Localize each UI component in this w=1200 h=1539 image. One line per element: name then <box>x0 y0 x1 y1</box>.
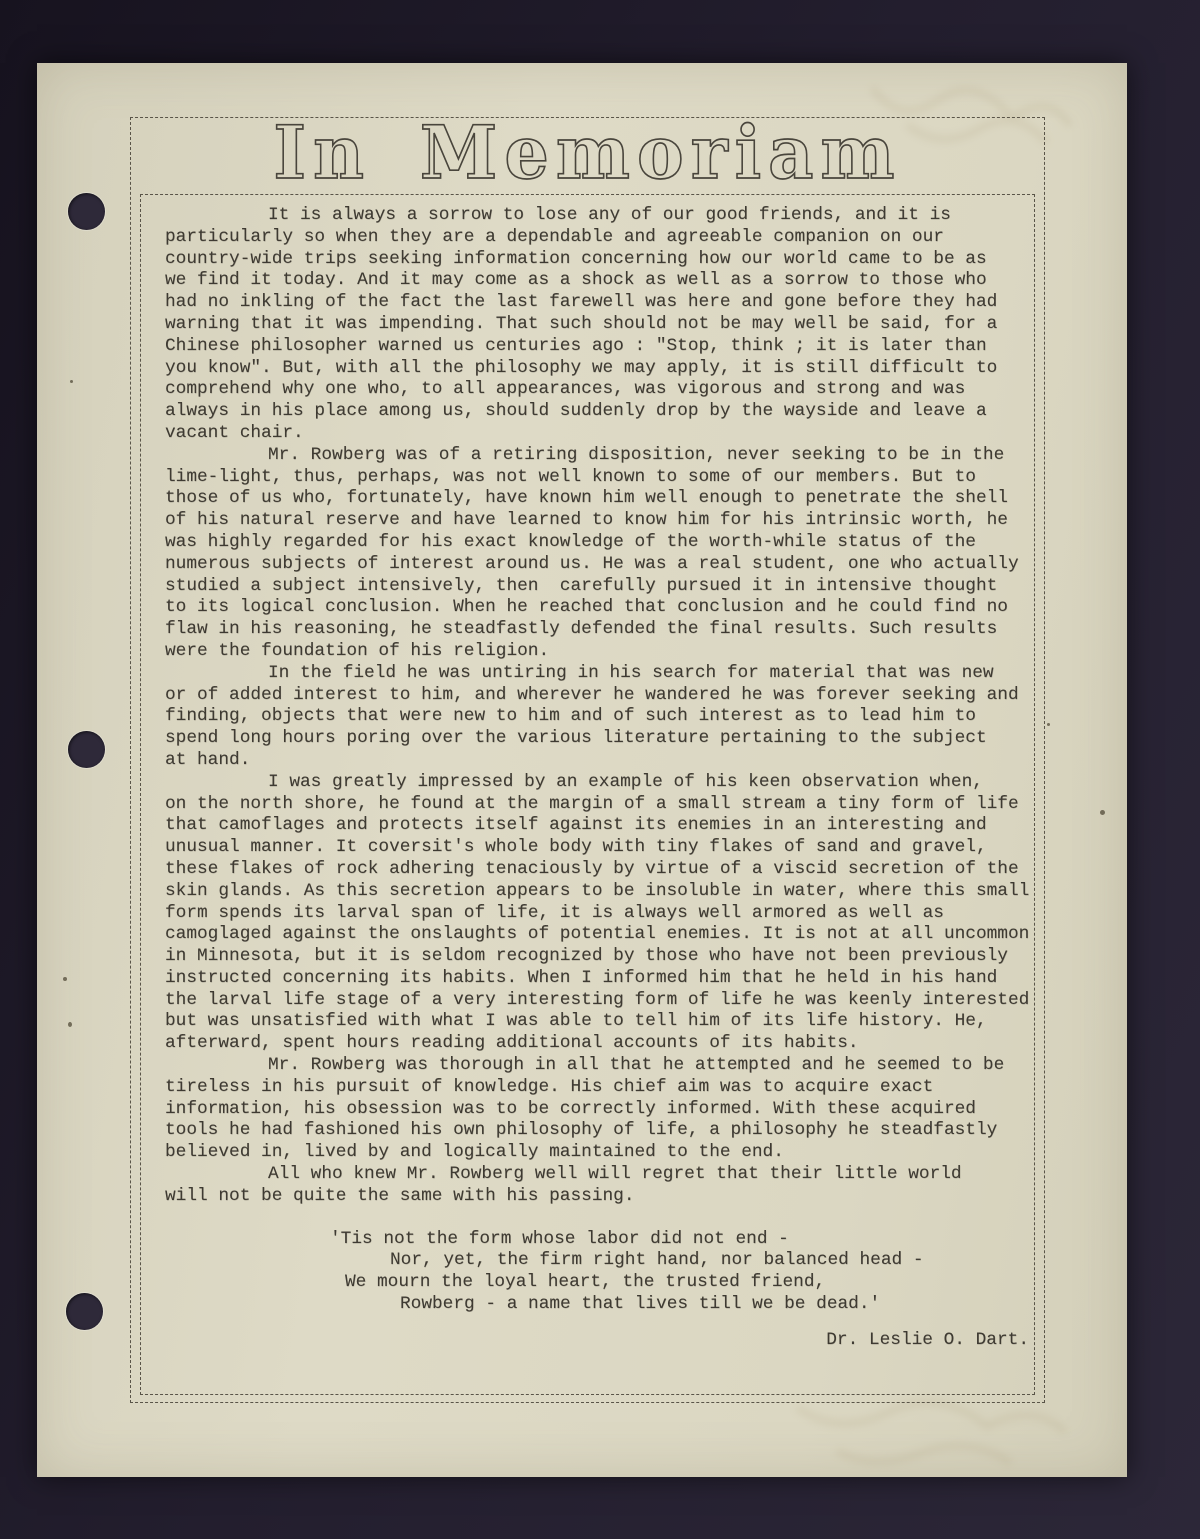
text-line: All who knew Mr. Rowberg well will regre… <box>165 1164 1034 1186</box>
paragraph: It is always a sorrow to lose any of our… <box>165 205 1034 445</box>
text-line: flaw in his reasoning, he steadfastly de… <box>165 619 1034 641</box>
text-line: lime-light, thus, perhaps, was not well … <box>165 467 1034 489</box>
text-line: warning that it was impending. That such… <box>165 314 1034 336</box>
text-line: numerous subjects of interest around us.… <box>165 554 1034 576</box>
ink-speck <box>63 977 67 981</box>
punch-hole-bottom <box>66 1293 103 1330</box>
text-line: unusual manner. It coversit's whole body… <box>165 837 1034 859</box>
text-frame: It is always a sorrow to lose any of our… <box>140 194 1035 1395</box>
poem-line: 'Tis not the form whose labor did not en… <box>165 1229 1034 1251</box>
ink-speck <box>68 1022 72 1027</box>
poem-line: Nor, yet, the firm right hand, nor balan… <box>165 1250 1034 1272</box>
text-line: on the north shore, he found at the marg… <box>165 794 1034 816</box>
poem: 'Tis not the form whose labor did not en… <box>165 1229 1034 1316</box>
text-line: of his natural reserve and have learned … <box>165 510 1034 532</box>
text-line: spend long hours poring over the various… <box>165 728 1034 750</box>
text-line: to its logical conclusion. When he reach… <box>165 597 1034 619</box>
text-line: It is always a sorrow to lose any of our… <box>165 205 1034 227</box>
text-line: in Minnesota, but it is seldom recognize… <box>165 946 1034 968</box>
document-page: In Memoriam It is always a sorrow to los… <box>37 63 1127 1477</box>
memorial-text: It is always a sorrow to lose any of our… <box>165 205 1034 1208</box>
text-line: I was greatly impressed by an example of… <box>165 772 1034 794</box>
ink-speck <box>70 380 73 383</box>
text-line: always in his place among us, should sud… <box>165 401 1034 423</box>
text-line: was highly regarded for his exact knowle… <box>165 532 1034 554</box>
scan-background: In Memoriam It is always a sorrow to los… <box>0 0 1200 1539</box>
text-line: Mr. Rowberg was of a retiring dispositio… <box>165 445 1034 467</box>
text-line: you know". But, with all the philosophy … <box>165 358 1034 380</box>
ink-speck <box>1047 723 1050 726</box>
text-line: vacant chair. <box>165 423 1034 445</box>
paragraph: All who knew Mr. Rowberg well will regre… <box>165 1164 1034 1208</box>
text-line: that camoflages and protects itself agai… <box>165 815 1034 837</box>
text-line: form spends its larval span of life, it … <box>165 903 1034 925</box>
text-line: information, his obsession was to be cor… <box>165 1099 1034 1121</box>
text-line: those of us who, fortunately, have known… <box>165 488 1034 510</box>
text-line: were the foundation of his religion. <box>165 641 1034 663</box>
text-line: at hand. <box>165 750 1034 772</box>
signature: Dr. Leslie O. Dart. <box>165 1330 1034 1352</box>
text-line: particularly so when they are a dependab… <box>165 227 1034 249</box>
text-line: the larval life stage of a very interest… <box>165 990 1034 1012</box>
page-title: In Memoriam <box>131 110 1044 195</box>
paragraph: Mr. Rowberg was thorough in all that he … <box>165 1055 1034 1164</box>
poem-line: We mourn the loyal heart, the trusted fr… <box>165 1272 1034 1294</box>
text-line: studied a subject intensively, then care… <box>165 576 1034 598</box>
text-line: comprehend why one who, to all appearanc… <box>165 379 1034 401</box>
text-line: country-wide trips seeking information c… <box>165 249 1034 271</box>
text-line: tools he had fashioned his own philosoph… <box>165 1120 1034 1142</box>
text-line: these flakes of rock adhering tenaciousl… <box>165 859 1034 881</box>
text-line: finding, objects that were new to him an… <box>165 706 1034 728</box>
punch-hole-middle <box>68 731 105 768</box>
text-line: but was unsatisfied with what I was able… <box>165 1011 1034 1033</box>
ink-speck <box>1100 810 1105 815</box>
paragraph: In the field he was untiring in his sear… <box>165 663 1034 772</box>
text-line: will not be quite the same with his pass… <box>165 1186 1034 1208</box>
text-line: had no inkling of the fact the last fare… <box>165 292 1034 314</box>
poem-line: Rowberg - a name that lives till we be d… <box>165 1294 1034 1316</box>
outer-border-frame: In Memoriam It is always a sorrow to los… <box>130 117 1045 1403</box>
text-line: In the field he was untiring in his sear… <box>165 663 1034 685</box>
text-line: instructed concerning its habits. When I… <box>165 968 1034 990</box>
text-line: believed in, lived by and logically main… <box>165 1142 1034 1164</box>
text-line: skin glands. As this secretion appears t… <box>165 881 1034 903</box>
paragraph: Mr. Rowberg was of a retiring dispositio… <box>165 445 1034 663</box>
text-line: we find it today. And it may come as a s… <box>165 270 1034 292</box>
text-line: afterward, spent hours reading additiona… <box>165 1033 1034 1055</box>
text-line: or of added interest to him, and whereve… <box>165 685 1034 707</box>
text-line: tireless in his pursuit of knowledge. Hi… <box>165 1077 1034 1099</box>
text-line: Mr. Rowberg was thorough in all that he … <box>165 1055 1034 1077</box>
text-line: Chinese philosopher warned us centuries … <box>165 336 1034 358</box>
text-line: camoglaged against the onslaughts of pot… <box>165 924 1034 946</box>
punch-hole-top <box>68 193 105 230</box>
paragraph: I was greatly impressed by an example of… <box>165 772 1034 1055</box>
